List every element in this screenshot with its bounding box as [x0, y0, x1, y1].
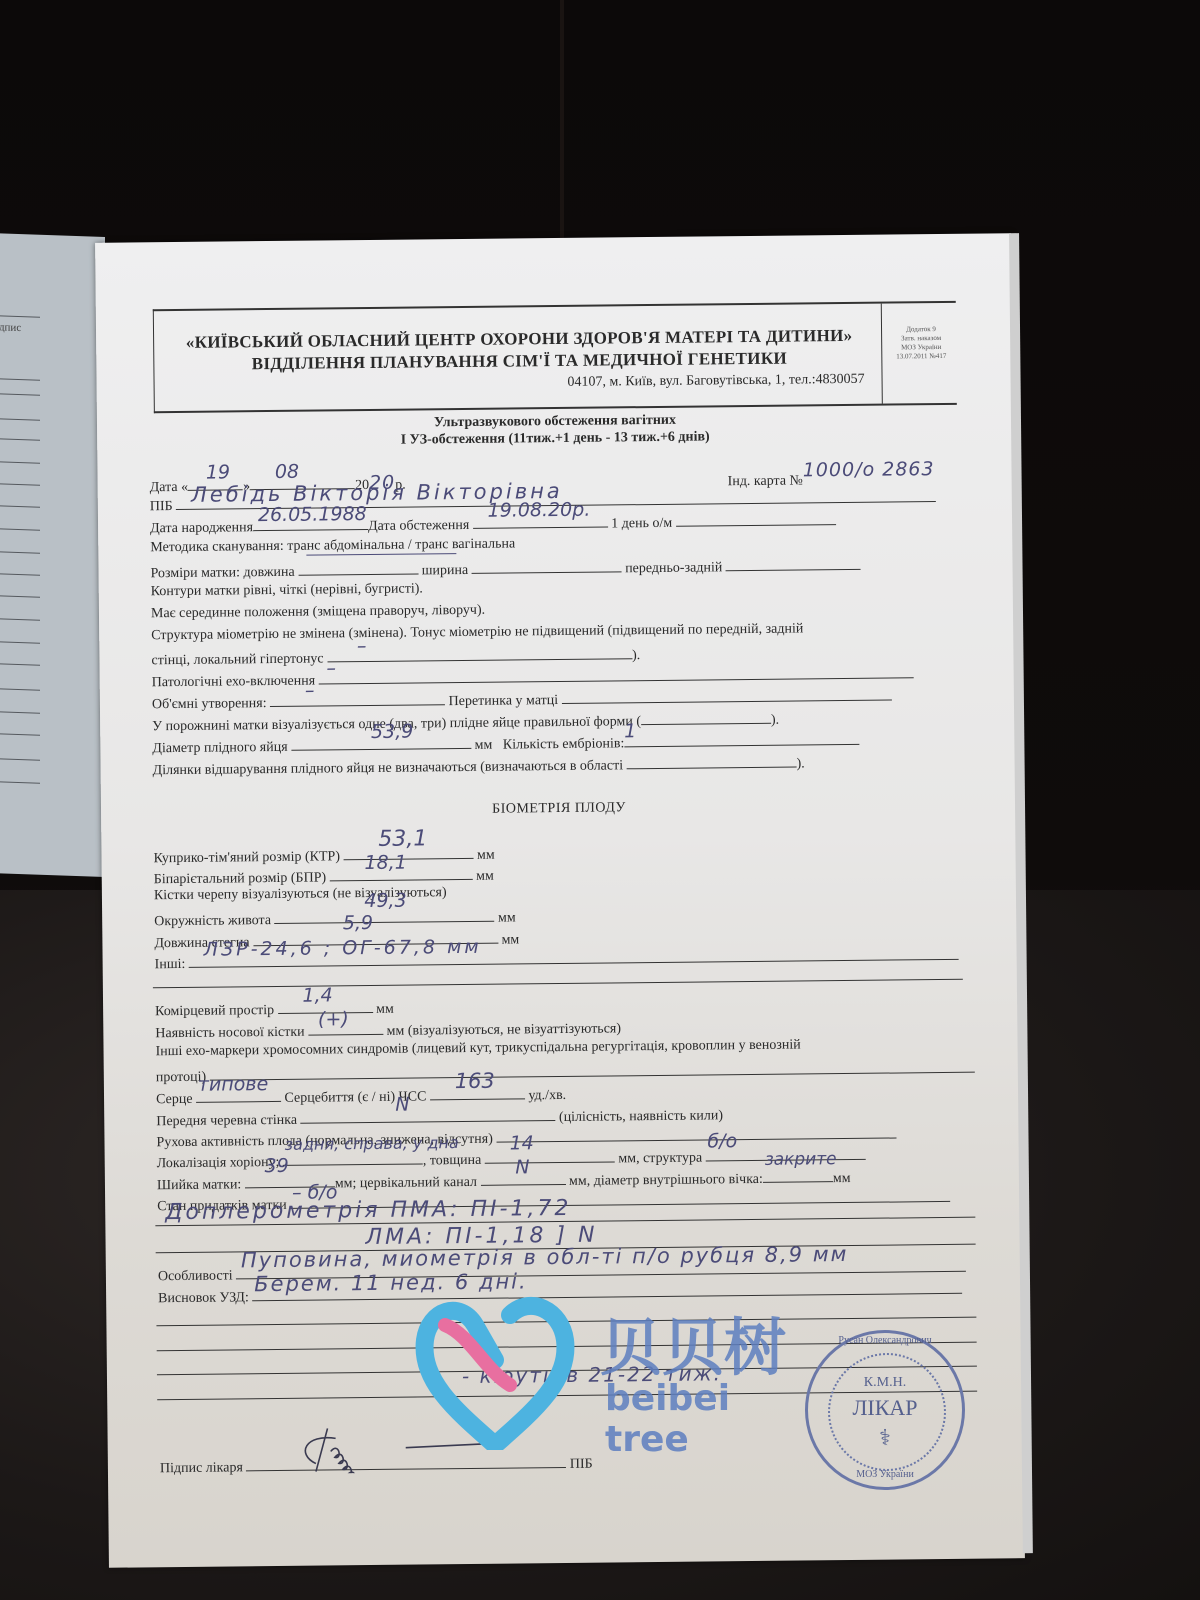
hypertonus-value[interactable]: – [357, 635, 367, 657]
institution-address: 04107, м. Київ, вул. Баговутівська, 1, т… [567, 372, 864, 391]
heart-value[interactable]: типове [198, 1073, 269, 1096]
other-label: Інші: [155, 957, 186, 972]
nasal-value[interactable]: (+) [318, 1008, 349, 1030]
uterus-size-row: Розміри матки: довжина ширина передньо-з… [150, 555, 860, 582]
chorion-label: Локалізація хоріону; [157, 1155, 280, 1171]
crl-label: Куприко-тім'яний розмір (КТР) [153, 849, 340, 866]
method-underline [306, 553, 456, 556]
lmp-label: 1 день о/м [611, 516, 672, 532]
crl-row: Куприко-тім'яний розмір (КТР) 53,1 мм [153, 844, 494, 868]
stamp-title: ЛІКАР [808, 1395, 962, 1421]
conclusion-extra[interactable]: - кіоути в 21-22 тиж. [462, 1361, 722, 1388]
close-paren: ). [632, 648, 640, 663]
signature-scribble [286, 1422, 507, 1474]
other-row: Інші: ЛЗР-24,6 ; ОГ-67,8 мм [155, 945, 959, 973]
bpd-label: Біпарієтальний розмір (БПР) [154, 870, 327, 887]
fl-value[interactable]: 5,9 [343, 912, 373, 934]
cervix-label: Шийка матки: [157, 1177, 241, 1193]
volume-label: Об'ємні утворення: [152, 696, 267, 712]
exam-date-value[interactable]: 19.08.20р. [487, 499, 590, 522]
conclusion-value[interactable]: Берем. 11 нед. 6 дні. [254, 1269, 528, 1296]
conclusion-row: Висновок УЗД: Берем. 11 нед. 6 дні. [158, 1279, 962, 1307]
hr-unit: уд./хв. [528, 1088, 566, 1103]
chorion-value[interactable]: задня, справа, у дна [285, 1133, 459, 1154]
date-day[interactable]: 19 [206, 461, 230, 483]
position-row: Має серединне положення (зміщена правору… [151, 603, 485, 622]
card-label: Інд. карта № [728, 473, 803, 489]
header-divider [881, 304, 883, 404]
echo-value[interactable]: – [326, 657, 336, 679]
cavity-field[interactable] [641, 709, 771, 725]
ap-field[interactable] [726, 555, 861, 571]
length-label: Розміри матки: довжина [150, 565, 294, 582]
blank-line [153, 979, 963, 988]
sac-value[interactable]: 53,9 [371, 721, 414, 743]
abd-wall-value[interactable]: N [395, 1094, 409, 1116]
thickness-label: , товщина [423, 1153, 482, 1169]
myometrium-row: Структура міометрію не змінена (змінена)… [151, 621, 803, 644]
os-unit: мм [833, 1171, 851, 1186]
markers-row-2: протоці) [156, 1058, 975, 1087]
ac-row: Окружність живота 49,3 мм [154, 906, 516, 930]
heart-label: Серце [156, 1092, 193, 1107]
nt-value[interactable]: 1,4 [302, 984, 332, 1006]
appendix-note: Додаток 9 Затв. наказом МОЗ України 13.0… [888, 325, 954, 362]
mm-unit: мм [476, 869, 494, 884]
appendix-line: 13.07.2011 №417 [888, 352, 954, 362]
echo-label: Патологічні ехо-включення [152, 674, 316, 691]
mm-unit: мм [501, 932, 519, 947]
structure-label: мм, структура [618, 1151, 702, 1167]
close-paren: ). [771, 713, 779, 728]
back-page: підпис та [0, 233, 105, 877]
septum-field[interactable] [562, 686, 892, 704]
dob-label: Дата народження [150, 520, 253, 536]
signature-field[interactable] [246, 1453, 566, 1471]
embryos-value[interactable]: 1 [624, 720, 636, 742]
ac-label: Окружність живота [154, 913, 271, 929]
motor-field[interactable] [496, 1123, 896, 1142]
mm-unit: мм [498, 910, 516, 925]
card-value[interactable]: 1000/о 2863 [803, 458, 935, 481]
canal-label: мм; цервікальний канал [335, 1175, 477, 1191]
signature-label: Підпис лікаря [160, 1460, 243, 1476]
abd-wall-label: Передня черевна стінка [156, 1113, 297, 1129]
mm-unit: мм [475, 738, 493, 753]
doppler-line-1[interactable]: Доплерометрія ПМА: ПІ-1,72 [165, 1196, 571, 1225]
cervix-value[interactable]: 39 [264, 1155, 288, 1177]
close-paren: ). [797, 756, 805, 771]
other-value[interactable]: ЛЗР-24,6 ; ОГ-67,8 мм [204, 936, 482, 961]
width-field[interactable] [472, 557, 622, 574]
heart-row: Серце типове Серцебиття (є / ні) ЧСС 163… [156, 1084, 566, 1108]
features-label: Особливості [158, 1268, 233, 1284]
structure-value[interactable]: б/о [707, 1130, 737, 1152]
contours-row: Контури матки рівні, чіткі (нерівні, буг… [151, 581, 423, 600]
embryos-label: Кількість ембріонів: [503, 736, 625, 752]
biometry-heading: БІОМЕТРІЯ ПЛОДУ [101, 796, 1017, 822]
os-label: мм, діаметр внутрішнього вічка: [569, 1172, 763, 1189]
signature-row: Підпис лікаря ПІБ [160, 1453, 593, 1478]
header-box: «КИЇВСЬКИЙ ОБЛАСНИЙ ЦЕНТР ОХОРОНИ ЗДОРОВ… [153, 301, 957, 413]
detachment-row: Ділянки відшарування плідного яйця не ви… [152, 752, 804, 779]
stamp-degree: К.М.Н. [808, 1375, 962, 1391]
stamp-ring-text: Русан Олександрович [808, 1335, 962, 1346]
ac-value[interactable]: 49,3 [364, 890, 407, 912]
exam-date-label: Дата обстеження [368, 518, 469, 534]
crl-value[interactable]: 53,1 [378, 826, 427, 852]
nasal-row: Наявність носової кістки (+) мм (візуалі… [155, 1017, 621, 1042]
mm-unit: мм [376, 1002, 394, 1017]
conclusion-label: Висновок УЗД: [158, 1290, 249, 1306]
dob-value[interactable]: 26.05.1988 [258, 503, 367, 526]
doctor-pib-label: ПІБ [570, 1457, 593, 1472]
hr-value[interactable]: 163 [455, 1069, 495, 1093]
stamp-ring-bottom: МОЗ України [808, 1469, 962, 1480]
bpd-value[interactable]: 18,1 [364, 852, 407, 874]
width-label: ширина [422, 563, 469, 578]
detachment-text: Ділянки відшарування плідного яйця не ви… [153, 758, 624, 778]
features-value[interactable]: Пуповина, миометрія в обл-ті п/о рубця 8… [241, 1242, 849, 1272]
length-field[interactable] [298, 559, 418, 575]
blank-line [156, 1317, 976, 1327]
ap-label: передньо-задній [625, 560, 722, 576]
background-crease [560, 0, 564, 240]
doctor-stamp: Русан Олександрович К.М.Н. ЛІКАР ⚕ МОЗ У… [805, 1330, 965, 1490]
os-value[interactable]: закрите [765, 1149, 837, 1170]
septum-label: Перетинка у матці [449, 693, 559, 709]
date-month[interactable]: 08 [275, 461, 299, 483]
nt-label: Комірцевий простір [155, 1003, 274, 1019]
sac-label: Діаметр плідного яйця [152, 740, 287, 756]
hypertonus-label: стінці, локальний гіпертонус [151, 651, 323, 668]
abd-wall-suffix: (цілісність, наявність кили) [559, 1108, 723, 1125]
nt-row: Комірцевий простір 1,4 мм [155, 998, 394, 1020]
mm-unit: мм [477, 848, 495, 863]
detachment-field[interactable] [626, 753, 796, 770]
back-page-text: підпис [0, 321, 21, 334]
nasal-suffix: мм (візуалізуються, не візуаттізуються) [387, 1021, 622, 1038]
canal-value[interactable]: N [515, 1156, 529, 1178]
volume-value[interactable]: – [305, 680, 315, 702]
date-label: Дата « [150, 480, 189, 495]
lmp-field[interactable] [676, 510, 836, 527]
markers-field[interactable] [210, 1058, 975, 1081]
hypertonus-row: стінці, локальний гіпертонус –). [151, 644, 640, 669]
caduceus-icon: ⚕ [808, 1425, 962, 1451]
thickness-value[interactable]: 14 [510, 1132, 534, 1154]
nasal-label: Наявність носової кістки [155, 1025, 304, 1042]
method-row: Методика сканування: транс абдомінальна … [150, 536, 515, 556]
pib-label: ПІБ [150, 499, 173, 514]
